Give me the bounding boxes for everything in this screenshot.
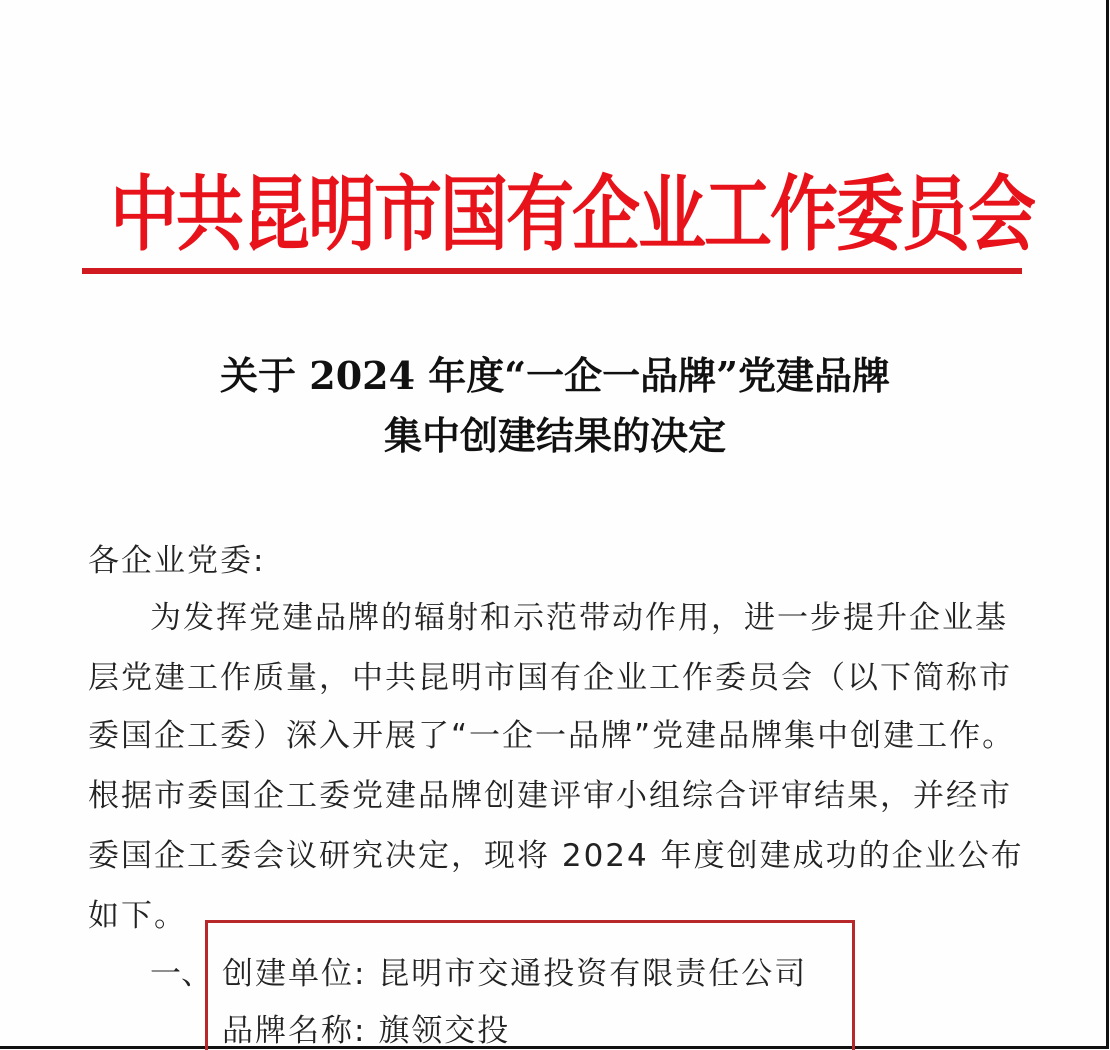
- salutation: 各企业党委:: [88, 535, 265, 580]
- brand-label: 品牌名称:: [222, 1013, 366, 1049]
- document-title-line-2: 集中创建结果的决定: [0, 405, 1110, 460]
- unit-label: 创建单位:: [222, 956, 366, 992]
- brand-name-line: 品牌名称: 旗领交投: [222, 1005, 510, 1050]
- item-number: 一、: [150, 948, 212, 993]
- paragraph-line: 为发挥党建品牌的辐射和示范带动作用，进一步提升企业基: [150, 592, 1008, 637]
- creating-unit-line: 创建单位: 昆明市交通投资有限责任公司: [222, 948, 807, 993]
- document-page: 中共昆明市国有企业工作委员会 关于 2024 年度“一企一品牌”党建品牌 集中创…: [0, 0, 1109, 1049]
- paragraph-line: 根据市委国企工委党建品牌创建评审小组综合评审结果，并经市: [88, 770, 1012, 815]
- organization-header: 中共昆明市国有企业工作委员会: [110, 150, 1000, 266]
- paragraph-line: 委国企工委）深入开展了“一企一品牌”党建品牌集中创建工作。: [88, 710, 1015, 755]
- brand-value: 旗领交投: [378, 1013, 510, 1049]
- paragraph-line: 委国企工委会议研究决定，现将 2024 年度创建成功的企业公布: [88, 830, 1024, 875]
- paragraph-line: 层党建工作质量，中共昆明市国有企业工作委员会（以下简称市: [88, 652, 1012, 697]
- document-title-line-1: 关于 2024 年度“一企一品牌”党建品牌: [0, 345, 1110, 400]
- paragraph-line: 如下。: [88, 890, 187, 935]
- unit-value: 昆明市交通投资有限责任公司: [378, 956, 807, 992]
- red-divider: [82, 268, 1022, 274]
